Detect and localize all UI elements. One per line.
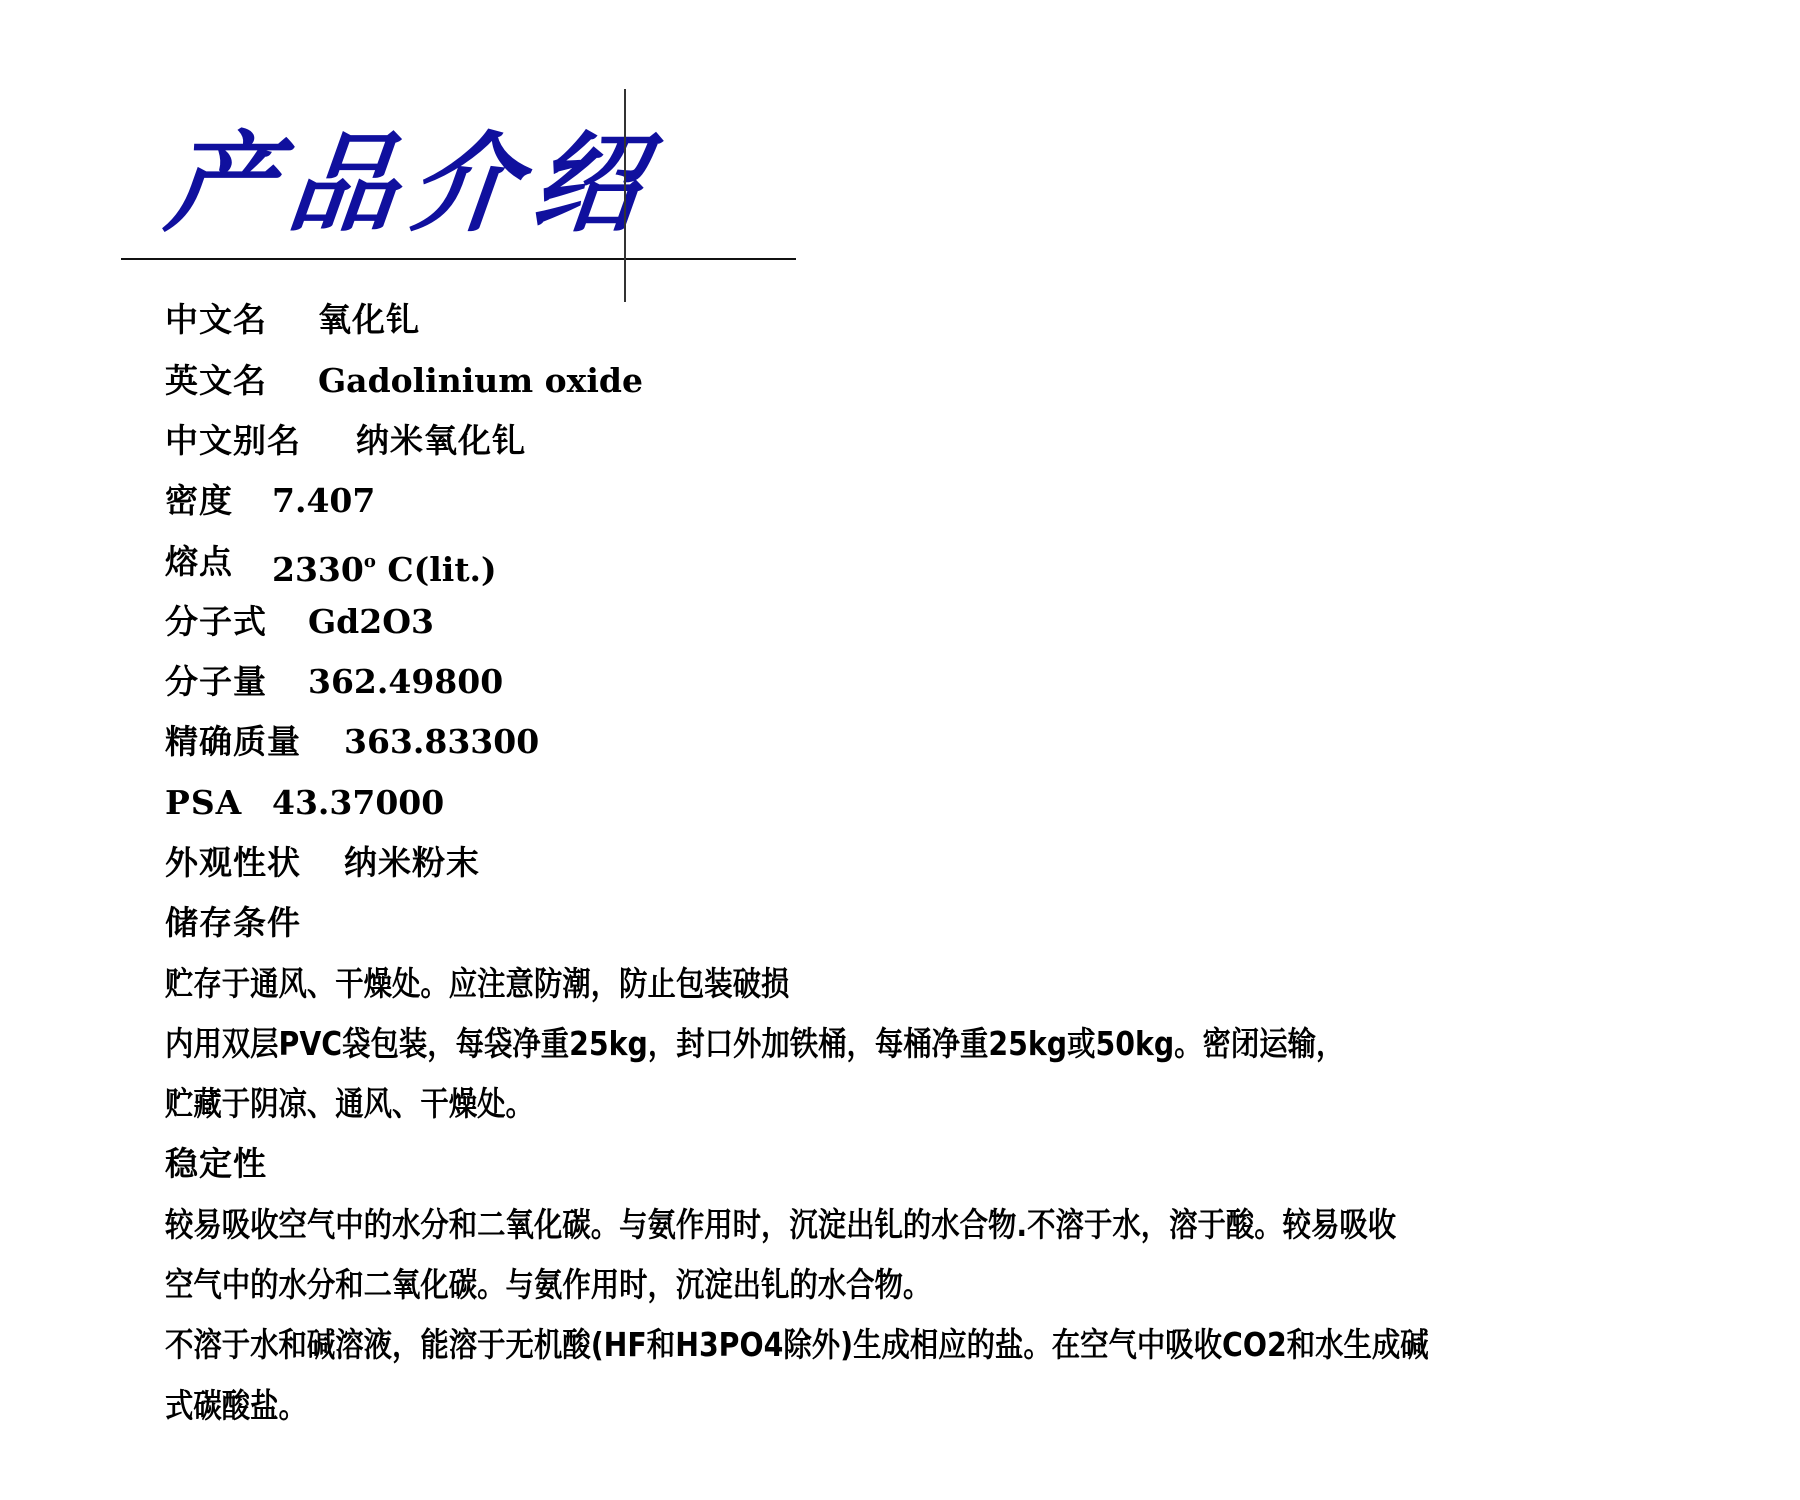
property-label: 分子式 <box>165 600 267 644</box>
stability-heading: 稳定性 <box>165 1142 267 1186</box>
property-label: 精确质量 <box>165 720 301 764</box>
property-label: 熔点 <box>165 540 233 584</box>
melting-point-unit: C(lit.) <box>376 550 497 589</box>
property-value: 纳米粉末 <box>344 841 480 885</box>
property-label: 外观性状 <box>165 841 301 885</box>
stability-line: 较易吸收空气中的水分和二氧化碳。与氨作用时，沉淀出钆的水合物.不溶于水，溶于酸。… <box>165 1203 1396 1247</box>
property-label: PSA <box>165 781 242 825</box>
stability-line: 不溶于水和碱溶液，能溶于无机酸(HF和H3PO4除外)生成相应的盐。在空气中吸收… <box>165 1323 1429 1367</box>
stability-line: 空气中的水分和二氧化碳。与氨作用时，沉淀出钆的水合物。 <box>165 1263 931 1307</box>
title-underline-divider <box>121 258 796 260</box>
degree-symbol: o <box>364 551 376 572</box>
page-title: 产品介绍 <box>158 100 664 270</box>
property-value: 氧化钆 <box>318 298 420 342</box>
property-value: 362.49800 <box>308 660 503 704</box>
property-label: 英文名 <box>165 359 267 403</box>
property-value: Gd2O3 <box>308 600 434 644</box>
storage-line: 内用双层PVC袋包装，每袋净重25kg，封口外加铁桶，每桶净重25kg或50kg… <box>165 1022 1344 1066</box>
property-value: 43.37000 <box>272 781 444 825</box>
title-vertical-divider <box>624 89 626 302</box>
property-label: 中文名 <box>165 298 267 342</box>
storage-line: 贮存于通风、干燥处。应注意防潮，防止包装破损 <box>165 962 789 1006</box>
property-label: 分子量 <box>165 660 267 704</box>
property-label: 中文别名 <box>165 419 301 463</box>
melting-point-number: 2330 <box>272 550 364 589</box>
stability-line: 式碳酸盐。 <box>165 1384 307 1428</box>
property-value: 2330o C(lit.) <box>272 540 497 592</box>
property-value: 7.407 <box>272 479 375 523</box>
storage-line: 贮藏于阴凉、通风、干燥处。 <box>165 1082 534 1126</box>
property-value: 363.83300 <box>344 720 539 764</box>
property-value: Gadolinium oxide <box>318 359 643 403</box>
property-label: 密度 <box>165 479 233 523</box>
property-value: 纳米氧化钆 <box>356 419 526 463</box>
storage-heading: 储存条件 <box>165 901 301 945</box>
